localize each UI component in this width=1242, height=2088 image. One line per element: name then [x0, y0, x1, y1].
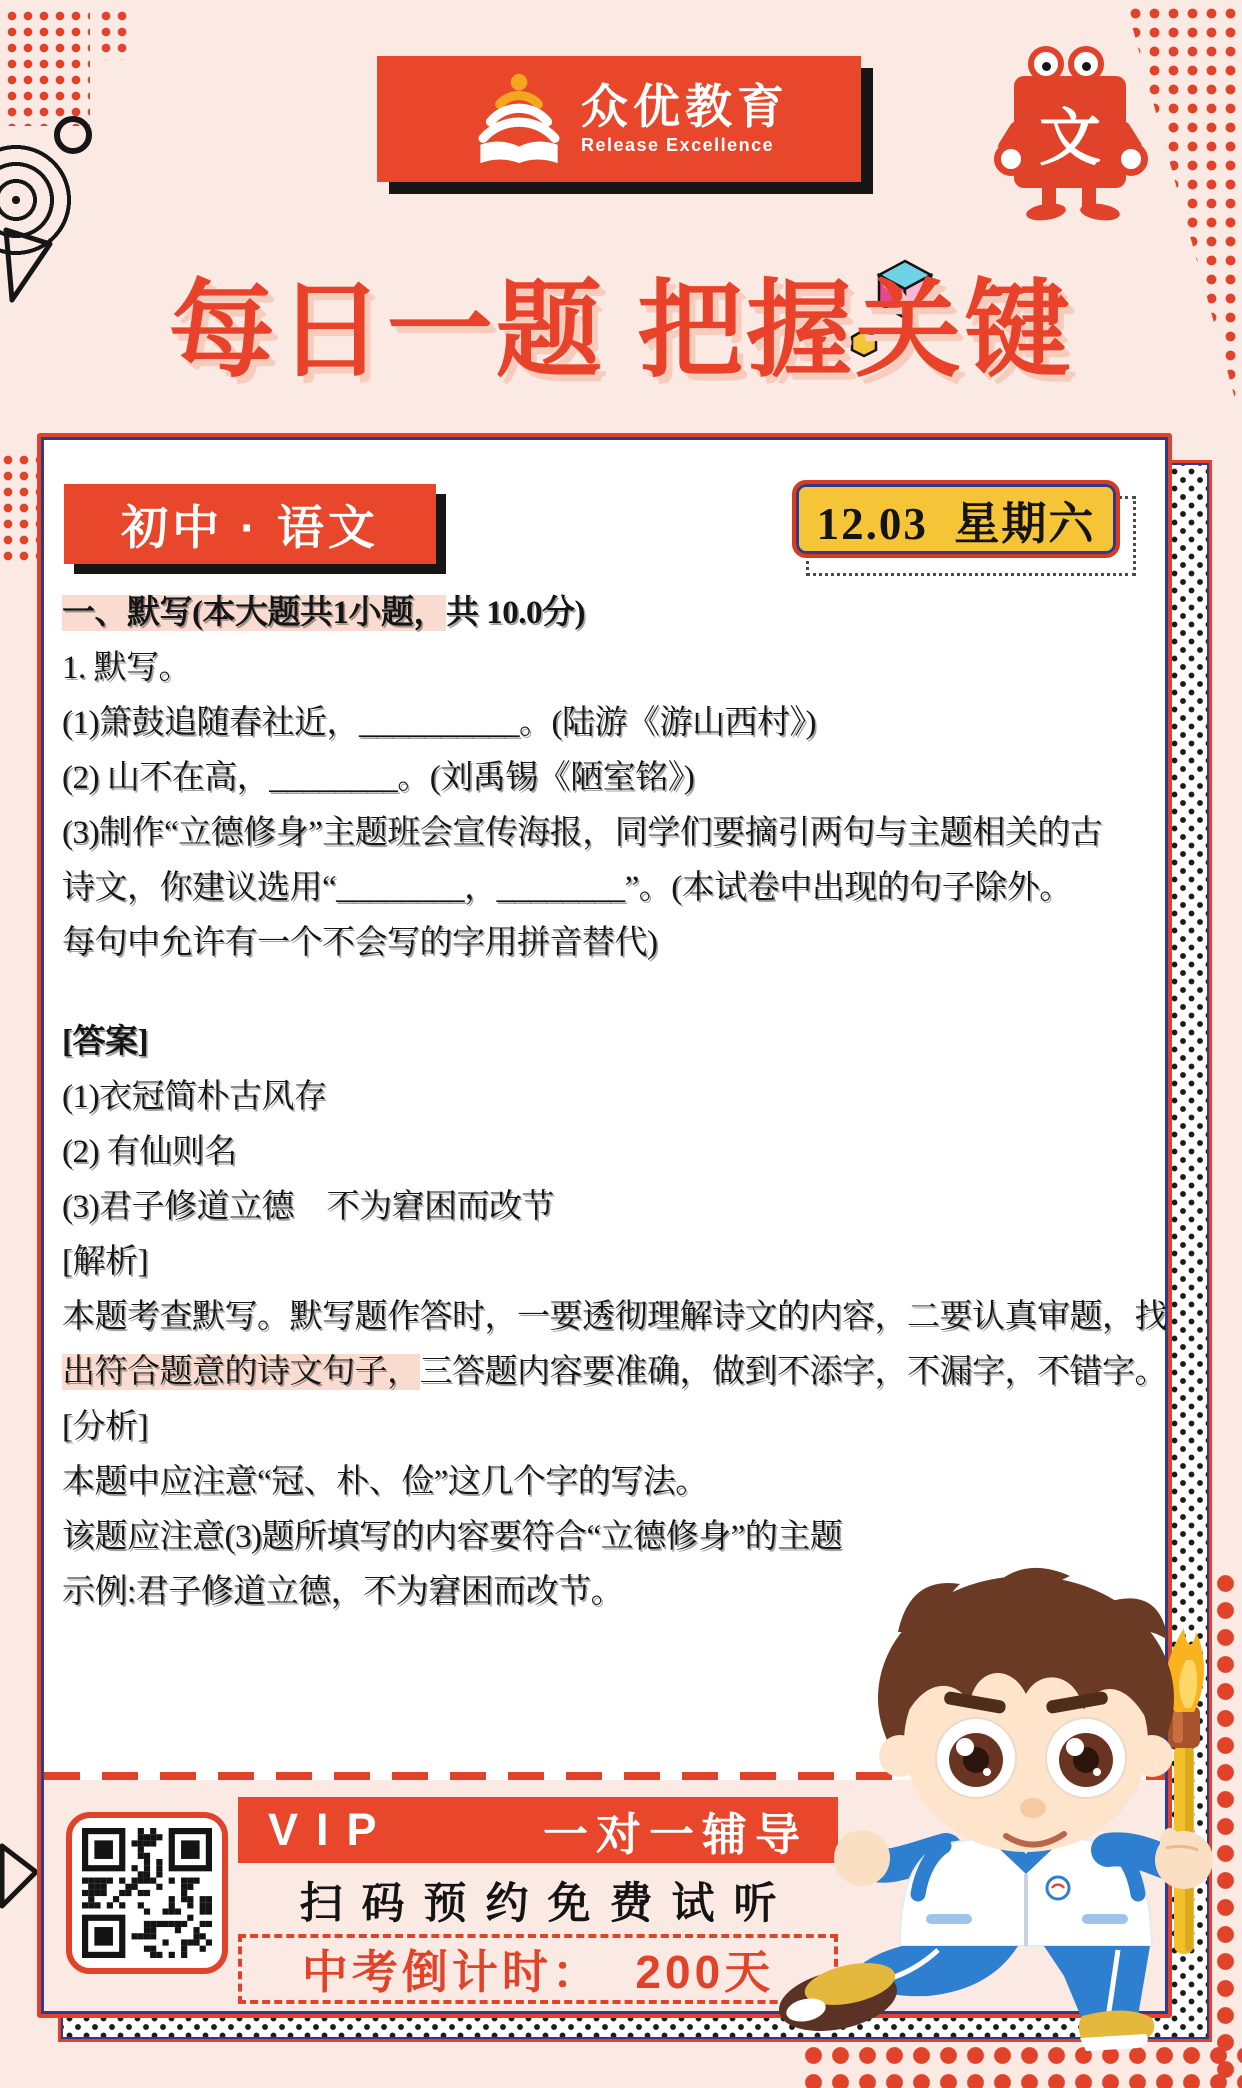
answer-label: [答案]	[62, 1015, 1167, 1070]
section-heading-highlight: 一、默写(本大题共1小题，	[62, 595, 446, 631]
robot-fist	[994, 142, 1028, 176]
dots-pattern-top-left	[4, 8, 90, 126]
poster-page: 众优教育 Release Excellence 文 每日一题 把握关键 初中 ·…	[0, 0, 1242, 2088]
triangle-outline-bottom-left	[0, 1842, 40, 1912]
page-title: 每日一题 把握关键	[0, 246, 1242, 398]
dots-pattern-left-edge	[0, 452, 42, 564]
question-line: (1)箫鼓追随春社近，__________。(陆游《游山西村》)	[62, 696, 1167, 751]
answer-line: (1)衣冠简朴古风存	[62, 1070, 1167, 1125]
question-line: 每句中允许有一个不会写的字用拼音替代)	[62, 916, 1167, 971]
subject-robot-mascot: 文	[998, 36, 1148, 230]
brand-tagline: Release Excellence	[581, 135, 789, 156]
qr-code-icon	[82, 1828, 212, 1958]
answer-line: (3)君子修道立德 不为窘困而改节	[62, 1180, 1167, 1235]
book-logo-icon	[473, 71, 565, 167]
brand-banner: 众优教育 Release Excellence	[377, 56, 861, 182]
mascot-boy-illustration	[688, 1548, 1223, 2053]
date-badge: 12.03 星期六	[792, 480, 1120, 558]
explanation-highlight: 出符合题意的诗文句子，	[62, 1354, 420, 1390]
robot-foot	[1079, 201, 1121, 222]
question-body: 一、默写(本大题共1小题，共 10.0分) 1. 默写。 (1)箫鼓追随春社近，…	[62, 586, 1167, 1620]
robot-subject-character: 文	[1039, 88, 1101, 177]
question-line: (2) 山不在高，________。(刘禹锡《陋室铭》)	[62, 751, 1167, 806]
circle-outline-decoration	[54, 116, 92, 154]
question-line: 1. 默写。	[62, 641, 1167, 696]
robot-foot	[1025, 201, 1067, 222]
explanation-line: 出符合题意的诗文句子，三答题内容要准确，做到不添字，不漏字，不错字。	[62, 1345, 1167, 1400]
section-heading: 一、默写(本大题共1小题，共 10.0分)	[62, 586, 1167, 641]
robot-body: 文	[1014, 76, 1126, 188]
level-subject-badge: 初中 · 语文	[64, 484, 436, 564]
robot-fist	[1114, 142, 1148, 176]
question-line: 诗文，你建议选用“________，________”。(本试卷中出现的句子除外…	[62, 861, 1167, 916]
answer-line: (2) 有仙则名	[62, 1125, 1167, 1180]
qr-code	[66, 1812, 228, 1974]
brand-name: 众优教育	[581, 82, 789, 132]
explanation-label: [解析]	[62, 1235, 1167, 1290]
analysis-line: 本题中应注意“冠、朴、俭”这几个字的写法。	[62, 1455, 1167, 1510]
explanation-line: 本题考查默写。默写题作答时，一要透彻理解诗文的内容，二要认真审题，找	[62, 1290, 1167, 1345]
level-subject-label: 初中 · 语文	[121, 491, 379, 558]
question-line: (3)制作“立德修身”主题班会宣传海报，同学们要摘引两句与主题相关的古	[62, 806, 1167, 861]
date-label: 12.03 星期六	[817, 487, 1096, 552]
vip-label: VIP	[268, 1804, 395, 1856]
dots-pattern-top-left-small	[98, 8, 130, 60]
analysis-label: [分析]	[62, 1400, 1167, 1455]
